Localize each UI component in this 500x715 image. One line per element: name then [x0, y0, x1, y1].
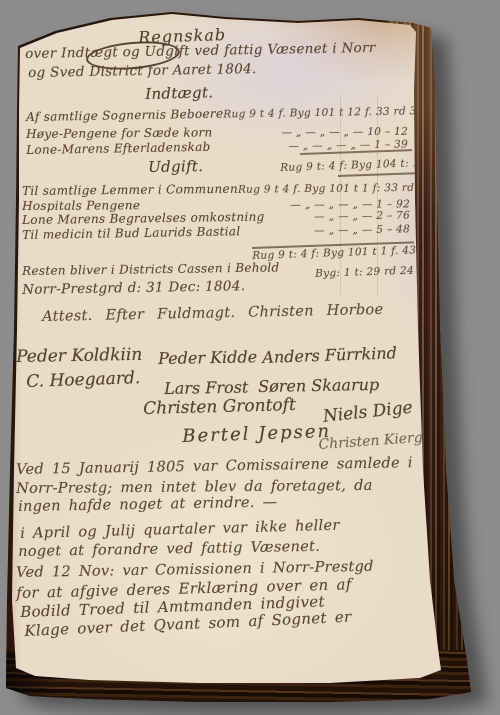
subtitle-line: over Indtægt og Udgift ved fattig Væsene… — [25, 40, 376, 62]
balance-label: Resten bliver i Districts Cassen i Behol… — [22, 260, 280, 278]
signature: Peder Koldkiin — [16, 345, 142, 367]
signature: Peder Kidde — [158, 347, 257, 368]
signature: Anders Fürrkind — [262, 343, 397, 367]
signature: Lars Frost — [164, 378, 248, 398]
signature: Søren Skaarup — [258, 375, 379, 396]
book: Regnskab over Indtægt og Udgift ved fatt… — [0, 0, 500, 715]
signature: Bertel Jepsen — [182, 421, 331, 447]
signature: Niels Dige — [322, 398, 414, 427]
photo-background: Regnskab over Indtægt og Udgift ved fatt… — [0, 0, 500, 715]
income-section-heading: Indtægt. — [145, 83, 214, 103]
binding-stitch-blue — [0, 69, 8, 75]
subtitle-line: og Sved District for Aaret 1804. — [28, 61, 257, 81]
entry-amount: — „ — „ — 5 – 48 — [314, 223, 410, 237]
journal-entry-line: ingen hafde noget at erindre. — — [18, 494, 278, 515]
attestation-line: Attest. Efter Fuldmagt. Christen Horboe — [42, 302, 384, 325]
place-date-line: Norr-Prestgrd d: 31 Dec: 1804. — [22, 278, 245, 298]
signature: Christen Kiergrd — [318, 429, 439, 453]
entry-label: Lone-Marens Efterladenskab — [26, 140, 211, 157]
balance-amount: Byg: 1 t: 29 rd 24 — [315, 265, 414, 280]
binding-stitch-blue — [1, 36, 13, 45]
entry-label: Af samtlige Sognernis Beboere — [26, 107, 223, 124]
entry-label: Til samtlige Lemmer i Communen — [22, 182, 238, 198]
journal-entry-line: Norr-Prestg; men intet blev da foretaget… — [16, 478, 373, 497]
entry-amount: Rug 9 t 4 f. Byg 101 t 12 f. 33 rd 34 — [223, 105, 423, 120]
signature: Christen Grontoft — [143, 395, 296, 419]
binding-stitch-blue — [0, 61, 13, 70]
entry-amount: Rug 9 t 4 f. Byg 101 t 1 f: 33 rd 32 — [238, 182, 432, 196]
journal-entry-line: Ved 15 Januarij 1805 var Comissairene sa… — [16, 455, 413, 478]
expense-section-heading: Udgift. — [148, 157, 203, 176]
entry-label: Til medicin til Bud Laurids Bastial — [22, 224, 241, 242]
entry-label: Høye-Pengene for Sæde korn — [26, 125, 213, 141]
book-shadow: Regnskab over Indtægt og Udgift ved fatt… — [0, 0, 500, 715]
binding-stitch-blue — [0, 44, 9, 50]
signature: C. Hoegaard. — [26, 368, 141, 392]
journal-entry-line: noget at forandre ved fattig Væsenet. — [18, 539, 320, 560]
balance-line: Resten bliver i Districts Cassen i Behol… — [22, 259, 414, 278]
